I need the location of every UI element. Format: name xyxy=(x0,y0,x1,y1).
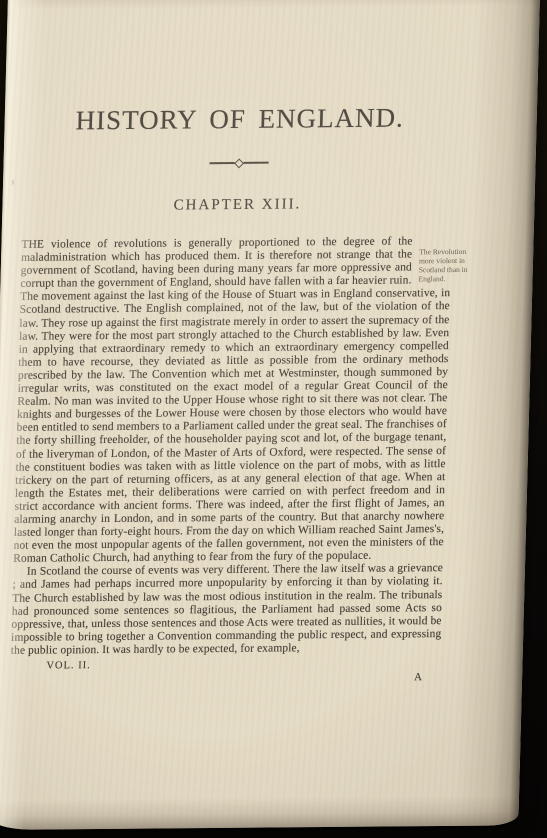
dust-speck xyxy=(12,180,14,185)
paragraph-1-text: THE violence of revolutions is generally… xyxy=(13,235,450,565)
book-page: HISTORY OF ENGLAND. CHAPTER XIII. The Re… xyxy=(0,0,540,830)
signature-mark: A xyxy=(10,671,440,688)
page-content: HISTORY OF ENGLAND. CHAPTER XIII. The Re… xyxy=(10,0,458,688)
paragraph-2-text: In Scotland the course of events was ver… xyxy=(11,562,443,656)
volume-label: VOL. II. xyxy=(10,656,440,673)
scanned-book-photo: HISTORY OF ENGLAND. CHAPTER XIII. The Re… xyxy=(0,0,547,838)
paragraph-2: In Scotland the course of events was ver… xyxy=(11,562,444,657)
ornament-diamond xyxy=(234,158,244,168)
paragraph-1: The Revolution more violent in Scotland … xyxy=(13,235,452,566)
book-title: HISTORY OF ENGLAND. xyxy=(24,102,455,137)
margin-sidenote: The Revolution more violent in Scotland … xyxy=(418,247,471,283)
ornament-line-left xyxy=(209,162,234,164)
divider-ornament xyxy=(23,157,453,169)
ornament-line-right xyxy=(243,162,268,164)
chapter-heading: CHAPTER XIII. xyxy=(22,195,453,216)
body-text-block: The Revolution more violent in Scotland … xyxy=(10,235,452,688)
